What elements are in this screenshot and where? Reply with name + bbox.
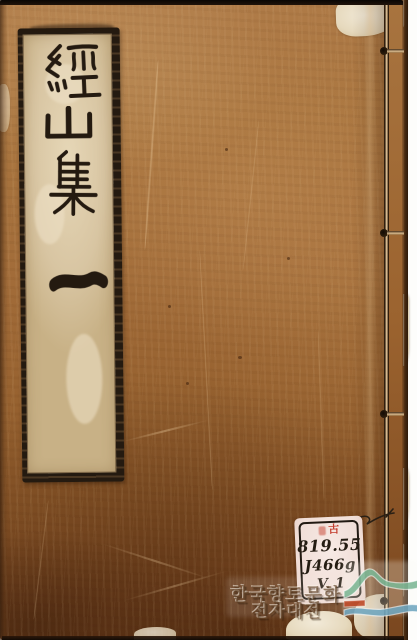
- stitch-thread: [387, 49, 404, 53]
- photo-bottom-edge: [2, 636, 404, 640]
- stamp-character: 古: [328, 525, 339, 536]
- waves-logo-icon: [342, 560, 417, 618]
- cover-left-edge-shade: [0, 0, 8, 640]
- title-char-text: 集: [41, 150, 103, 218]
- title-label-paper: 經 山 集: [23, 34, 117, 474]
- red-stamp-mark: [318, 526, 325, 535]
- spine-strip: [389, 0, 403, 640]
- title-char-text: 一: [47, 268, 109, 297]
- call-number-class: 819.55: [297, 537, 362, 556]
- book-photo: 經 山 集: [0, 0, 417, 640]
- book-right-edge: [402, 0, 408, 640]
- speck: [287, 257, 290, 260]
- volume-char-one: 一: [47, 268, 109, 297]
- speck: [238, 356, 242, 359]
- title-char-san: 山: [37, 106, 99, 143]
- speck: [225, 148, 228, 151]
- binding-stitch-line: [384, 0, 389, 640]
- speck: [168, 305, 171, 308]
- title-label: 經 山 集: [18, 27, 125, 482]
- label-wear-spot: [66, 334, 103, 424]
- title-char-text: 經: [39, 41, 104, 104]
- watermark-backdrop: [226, 577, 354, 617]
- title-char-text: 山: [37, 106, 99, 143]
- title-char-gyeong: 經: [39, 41, 104, 104]
- speck: [186, 382, 189, 385]
- spine-crease: [364, 0, 376, 640]
- photo-top-edge: [0, 0, 403, 5]
- title-char-jip: 集: [41, 150, 103, 218]
- stitch-thread: [387, 231, 404, 235]
- stitch-thread: [387, 412, 404, 416]
